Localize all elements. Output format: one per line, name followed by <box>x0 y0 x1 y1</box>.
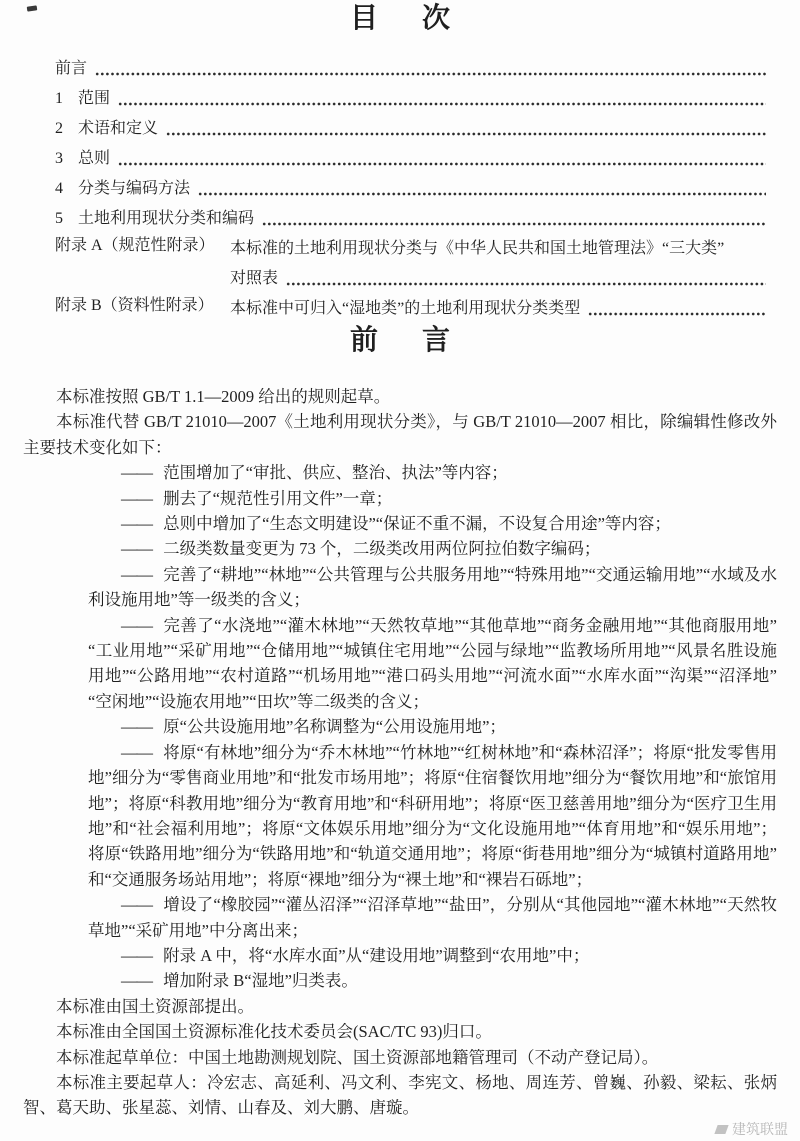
toc-item-label: 前言 <box>55 56 87 82</box>
change-item: —— 删去了“规范性引用文件”一章； <box>23 486 777 511</box>
toc-row: 2 术语和定义 <box>55 112 766 142</box>
foreword-paragraph: 本标准由全国国土资源标准化技术委员会(SAC/TC 93)归口。 <box>23 1019 777 1044</box>
toc-item-label: 分类与编码方法 <box>78 176 190 202</box>
change-item: —— 将原“有林地”细分为“乔木林地”“竹林地”“红树林地”和“森林沼泽”；将原… <box>23 740 777 892</box>
foreword-title: 前 言 <box>0 322 800 360</box>
dot-leader <box>118 101 766 107</box>
toc-row: 3 总则 <box>55 142 766 172</box>
change-item: —— 二级类数量变更为 73 个，二级类改用两位阿拉伯数字编码； <box>23 536 777 561</box>
change-item: —— 原“公共设施用地”名称调整为“公用设施用地”； <box>23 714 777 739</box>
toc-appendix-list: 附录 A（规范性附录） 本标准的土地利用现状分类与《中华人民共和国土地管理法》“… <box>55 232 766 322</box>
dash-marker: —— <box>121 616 152 635</box>
change-item: —— 增设了“橡胶园”“灌丛沼泽”“沼泽草地”“盐田”，分别从“其他园地”“灌木… <box>23 892 777 943</box>
dash-marker: —— <box>121 565 152 584</box>
toc-appendix-label: 附录 A（规范性附录） <box>55 232 230 292</box>
toc-title: 目 次 <box>0 0 800 38</box>
toc-row: 5 土地利用现状分类和编码 <box>55 202 766 232</box>
toc-appendix-body: 本标准中可归入“湿地类”的土地利用现状分类类型 <box>230 292 766 322</box>
watermark: 建筑联盟 <box>716 1119 788 1139</box>
toc-row: 4 分类与编码方法 <box>55 172 766 202</box>
change-text: 范围增加了“审批、供应、整治、执法”等内容； <box>163 463 508 482</box>
foreword-paragraph: 本标准起草单位：中国土地勘测规划院、国土资源部地籍管理司（不动产登记局）。 <box>23 1045 777 1070</box>
document-page: 目 次 前言 1 范围 2 术语和定义 3 总则 4 分类与编码方法 5 土地利… <box>0 0 800 1141</box>
toc-item-number: 1 <box>55 86 78 112</box>
change-item: —— 完善了“耕地”“林地”“公共管理与公共服务用地”“特殊用地”“交通运输用地… <box>23 562 777 613</box>
toc-appendix-row: 附录 A（规范性附录） 本标准的土地利用现状分类与《中华人民共和国土地管理法》“… <box>55 232 766 292</box>
dash-marker: —— <box>121 463 152 482</box>
dash-marker: —— <box>121 895 152 914</box>
dash-marker: —— <box>121 946 152 965</box>
closing-paragraphs: 本标准由国土资源部提出。本标准由全国国土资源标准化技术委员会(SAC/TC 93… <box>23 994 777 1121</box>
table-of-contents: 前言 1 范围 2 术语和定义 3 总则 4 分类与编码方法 5 土地利用现状分… <box>55 52 766 322</box>
change-item: —— 附录 A 中，将“水库水面”从“建设用地”调整到“农用地”中； <box>23 943 777 968</box>
dash-marker: —— <box>121 514 152 533</box>
foreword-paragraph-intro-2: 本标准代替 GB/T 21010—2007《土地利用现状分类》，与 GB/T 2… <box>23 409 777 460</box>
toc-appendix-line: 本标准的土地利用现状分类与《中华人民共和国土地管理法》“三大类” <box>230 232 766 262</box>
toc-appendix-line: 对照表 <box>230 262 766 292</box>
change-text: 删去了“规范性引用文件”一章； <box>163 489 392 508</box>
dash-marker: —— <box>121 743 152 762</box>
toc-item-number: 2 <box>55 116 78 142</box>
toc-item-number: 5 <box>55 206 78 232</box>
toc-list: 前言 1 范围 2 术语和定义 3 总则 4 分类与编码方法 5 土地利用现状分… <box>55 52 766 232</box>
toc-item-label: 总则 <box>78 146 110 172</box>
dash-marker: —— <box>121 971 152 990</box>
foreword-paragraph-intro-1: 本标准按照 GB/T 1.1—2009 给出的规则起草。 <box>23 384 777 409</box>
toc-appendix-line: 本标准中可归入“湿地类”的土地利用现状分类类型 <box>230 292 766 322</box>
change-item: —— 增加附录 B“湿地”归类表。 <box>23 968 777 993</box>
toc-row: 前言 <box>55 52 766 82</box>
foreword-paragraph: 本标准主要起草人：冷宏志、高延利、冯文利、李宪文、杨地、周连芳、曾巍、孙毅、梁耘… <box>23 1070 777 1121</box>
toc-item-number: 4 <box>55 176 78 202</box>
dot-leader <box>95 71 766 77</box>
toc-appendix-text: 本标准中可归入“湿地类”的土地利用现状分类类型 <box>230 296 580 322</box>
toc-appendix-row: 附录 B（资料性附录） 本标准中可归入“湿地类”的土地利用现状分类类型 <box>55 292 766 322</box>
foreword-paragraph: 本标准由国土资源部提出。 <box>23 994 777 1019</box>
dot-leader <box>286 281 766 287</box>
change-item: —— 完善了“水浇地”“灌木林地”“天然牧草地”“其他草地”“商务金融用地”“其… <box>23 613 777 715</box>
change-list: —— 范围增加了“审批、供应、整治、执法”等内容； —— 删去了“规范性引用文件… <box>23 460 777 994</box>
dot-leader <box>166 131 766 137</box>
toc-appendix-text: 对照表 <box>230 266 278 292</box>
dot-leader <box>118 161 766 167</box>
change-text: 将原“有林地”细分为“乔木林地”“竹林地”“红树林地”和“森林沼泽”；将原“批发… <box>88 743 777 889</box>
change-text: 原“公共设施用地”名称调整为“公用设施用地”； <box>163 717 506 736</box>
change-item: —— 范围增加了“审批、供应、整治、执法”等内容； <box>23 460 777 485</box>
dot-leader <box>198 191 766 197</box>
toc-appendix-text: 本标准的土地利用现状分类与《中华人民共和国土地管理法》“三大类” <box>230 236 724 262</box>
foreword-body: 本标准按照 GB/T 1.1—2009 给出的规则起草。 本标准代替 GB/T … <box>23 384 777 1121</box>
change-text: 增设了“橡胶园”“灌丛沼泽”“沼泽草地”“盐田”，分别从“其他园地”“灌木林地”… <box>88 895 777 939</box>
dash-marker: —— <box>121 489 152 508</box>
toc-item-number: 3 <box>55 146 78 172</box>
dot-leader <box>588 311 766 317</box>
watermark-logo-icon <box>714 1125 728 1134</box>
toc-row: 1 范围 <box>55 82 766 112</box>
toc-item-label: 术语和定义 <box>78 116 158 142</box>
change-item: —— 总则中增加了“生态文明建设”“保证不重不漏，不设复合用途”等内容； <box>23 511 777 536</box>
change-text: 完善了“水浇地”“灌木林地”“天然牧草地”“其他草地”“商务金融用地”“其他商服… <box>88 616 777 711</box>
watermark-label: 建筑联盟 <box>732 1119 788 1139</box>
dash-marker: —— <box>121 539 152 558</box>
dot-leader <box>262 221 766 227</box>
change-text: 完善了“耕地”“林地”“公共管理与公共服务用地”“特殊用地”“交通运输用地”“水… <box>88 565 777 609</box>
toc-item-label: 范围 <box>78 86 110 112</box>
toc-appendix-body: 本标准的土地利用现状分类与《中华人民共和国土地管理法》“三大类” 对照表 <box>230 232 766 292</box>
change-text: 二级类数量变更为 73 个，二级类改用两位阿拉伯数字编码； <box>163 539 600 558</box>
change-text: 附录 A 中，将“水库水面”从“建设用地”调整到“农用地”中； <box>163 946 589 965</box>
change-text: 总则中增加了“生态文明建设”“保证不重不漏，不设复合用途”等内容； <box>163 514 671 533</box>
change-text: 增加附录 B“湿地”归类表。 <box>163 971 358 990</box>
toc-item-label: 土地利用现状分类和编码 <box>78 206 254 232</box>
dash-marker: —— <box>121 717 152 736</box>
toc-appendix-label: 附录 B（资料性附录） <box>55 292 230 322</box>
